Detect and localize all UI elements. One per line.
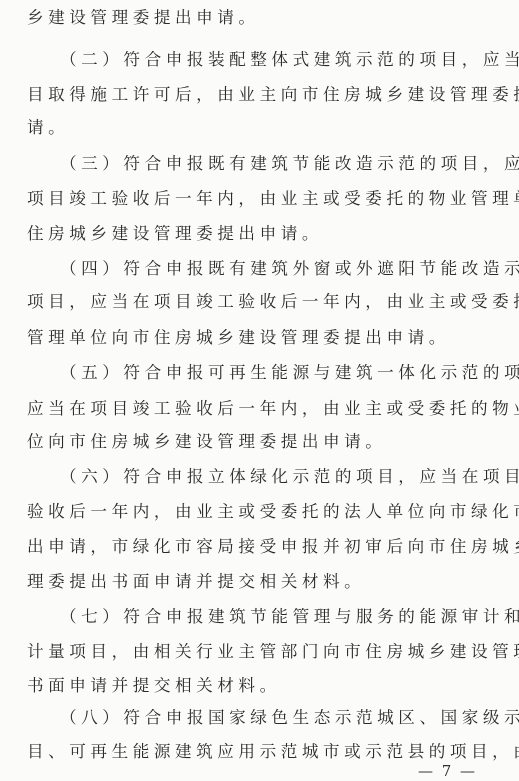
paragraph-3-line: （三）符合申报既有建筑节能改造示范的项目，应当在 bbox=[60, 153, 493, 175]
text-line: 请。 bbox=[27, 117, 493, 139]
document-page: 乡建设管理委提出申请。 （二）符合申报装配整体式建筑示范的项目，应当在项 目取得… bbox=[0, 0, 519, 781]
page-number: — 7 — bbox=[410, 762, 485, 780]
text-line: 位向市住房城乡建设管理委提出申请。 bbox=[27, 431, 493, 453]
paragraph-2-line: （二）符合申报装配整体式建筑示范的项目，应当在项 bbox=[60, 49, 493, 71]
text-line: 项目，应当在项目竣工验收后一年内，由业主或受委托的物业 bbox=[27, 291, 493, 313]
text-line: 验收后一年内，由业主或受委托的法人单位向市绿化市容局提 bbox=[27, 501, 493, 523]
text-line: 住房城乡建设管理委提出申请。 bbox=[27, 223, 493, 245]
text-line: 项目竣工验收后一年内，由业主或受委托的物业管理单位向市 bbox=[27, 188, 493, 210]
text-line: 目取得施工许可后，由业主向市住房城乡建设管理委提出申 bbox=[27, 84, 493, 106]
paragraph-8-line: （八）符合申报国家绿色生态示范城区、国家级示范项 bbox=[60, 707, 493, 729]
paragraph-4-line: （四）符合申报既有建筑外窗或外遮阳节能改造示范的 bbox=[60, 258, 493, 280]
text-line: 乡建设管理委提出申请。 bbox=[27, 7, 493, 29]
text-line: 理委提出书面申请并提交相关材料。 bbox=[27, 571, 493, 593]
paragraph-5-line: （五）符合申报可再生能源与建筑一体化示范的项目， bbox=[60, 362, 493, 384]
paragraph-7-line: （七）符合申报建筑节能管理与服务的能源审计和分项 bbox=[60, 606, 493, 628]
text-line: 目、可再生能源建筑应用示范城市或示范县的项目，由项目承 bbox=[27, 741, 493, 763]
text-line: 书面申请并提交相关材料。 bbox=[27, 675, 493, 697]
text-line: 出申请，市绿化市容局接受申报并初审后向市住房城乡建设管 bbox=[27, 536, 493, 558]
text-line: 应当在项目竣工验收后一年内，由业主或受委托的物业管理单 bbox=[27, 398, 493, 420]
paragraph-6-line: （六）符合申报立体绿化示范的项目，应当在项目竣工 bbox=[60, 466, 493, 488]
text-line: 计量项目，由相关行业主管部门向市住房城乡建设管理委提出 bbox=[27, 641, 493, 663]
text-line: 管理单位向市住房城乡建设管理委提出申请。 bbox=[27, 327, 493, 349]
